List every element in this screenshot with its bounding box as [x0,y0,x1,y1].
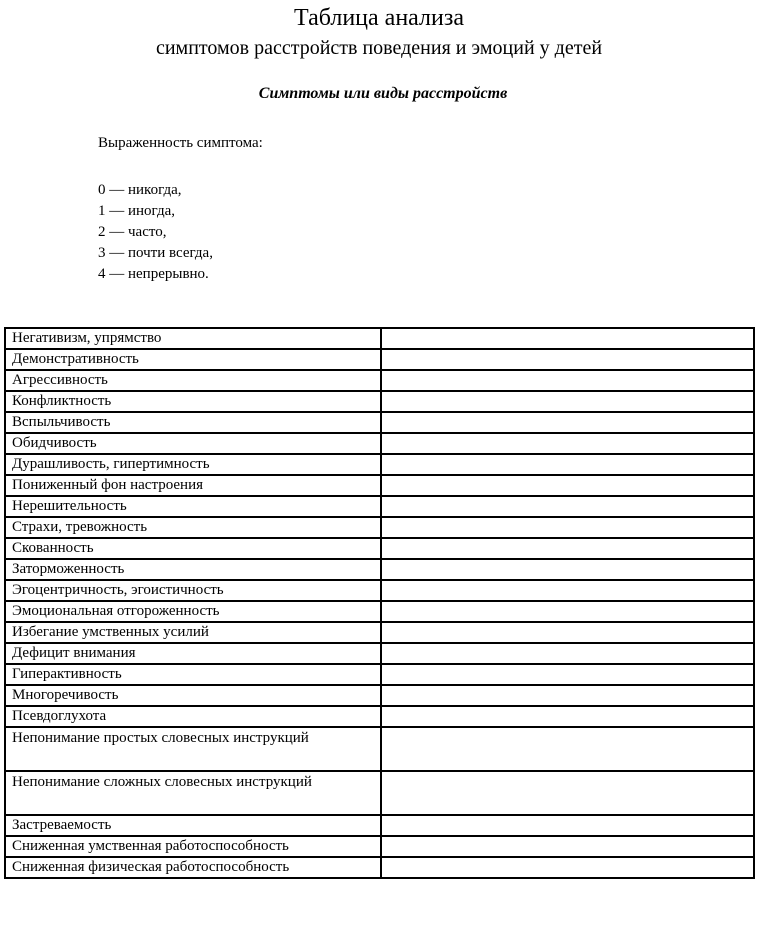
table-row: Обидчивость [5,433,754,454]
symptom-score-cell[interactable] [381,857,754,878]
symptom-score-cell[interactable] [381,664,754,685]
symptom-score-cell[interactable] [381,433,754,454]
symptom-name-cell: Нерешительность [5,496,381,517]
table-row: Пониженный фон настроения [5,475,754,496]
symptom-name-cell: Непонимание простых словесных инструкций [5,727,381,771]
document-subtitle: симптомов расстройств поведения и эмоций… [0,36,758,60]
symptom-name-cell: Эгоцентричность, эгоистичность [5,580,381,601]
scale-level: 2 — часто, [98,222,213,243]
symptom-name-cell: Конфликтность [5,391,381,412]
table-row: Скованность [5,538,754,559]
section-label: Симптомы или виды расстройств [0,84,758,104]
symptom-name-cell: Агрессивность [5,370,381,391]
symptom-score-cell[interactable] [381,328,754,349]
table-row: Сниженная физическая работоспособность [5,857,754,878]
scale-level: 4 — непрерывно. [98,264,213,285]
symptom-score-cell[interactable] [381,370,754,391]
symptom-score-cell[interactable] [381,475,754,496]
table-row: Нерешительность [5,496,754,517]
symptom-score-cell[interactable] [381,412,754,433]
table-row: Сниженная умственная работоспособность [5,836,754,857]
table-row: Демонстративность [5,349,754,370]
table-row: Избегание умственных усилий [5,622,754,643]
symptom-name-cell: Гиперактивность [5,664,381,685]
symptom-name-cell: Вспыльчивость [5,412,381,433]
symptom-score-cell[interactable] [381,643,754,664]
scale-level: 0 — никогда, [98,180,213,201]
symptom-score-cell[interactable] [381,454,754,475]
symptom-name-cell: Пониженный фон настроения [5,475,381,496]
document-title: Таблица анализа [0,4,758,32]
table-row: Псевдоглухота [5,706,754,727]
scale-level: 1 — иногда, [98,201,213,222]
symptom-name-cell: Непонимание сложных словесных инструкций [5,771,381,815]
symptom-score-cell[interactable] [381,771,754,815]
table-row: Дефицит внимания [5,643,754,664]
symptom-name-cell: Негативизм, упрямство [5,328,381,349]
table-row: Гиперактивность [5,664,754,685]
symptom-name-cell: Демонстративность [5,349,381,370]
symptoms-table: Негативизм, упрямствоДемонстративностьАг… [4,327,755,879]
symptom-score-cell[interactable] [381,727,754,771]
table-row: Эгоцентричность, эгоистичность [5,580,754,601]
scale-legend: 0 — никогда, 1 — иногда, 2 — часто, 3 — … [98,180,213,285]
table-row: Негативизм, упрямство [5,328,754,349]
symptom-score-cell[interactable] [381,815,754,836]
symptom-score-cell[interactable] [381,706,754,727]
table-row: Непонимание простых словесных инструкций [5,727,754,771]
scale-heading: Выраженность симптома: [98,134,263,152]
symptom-score-cell[interactable] [381,349,754,370]
symptom-name-cell: Сниженная физическая работоспособность [5,857,381,878]
symptom-score-cell[interactable] [381,685,754,706]
symptom-name-cell: Сниженная умственная работоспособность [5,836,381,857]
symptom-score-cell[interactable] [381,538,754,559]
symptom-name-cell: Избегание умственных усилий [5,622,381,643]
symptom-name-cell: Страхи, тревожность [5,517,381,538]
symptom-name-cell: Обидчивость [5,433,381,454]
table-row: Конфликтность [5,391,754,412]
table-row: Заторможенность [5,559,754,580]
table-row: Многоречивость [5,685,754,706]
symptom-name-cell: Дурашливость, гипертимность [5,454,381,475]
table-row: Эмоциональная отгороженность [5,601,754,622]
table-row: Страхи, тревожность [5,517,754,538]
symptom-score-cell[interactable] [381,601,754,622]
symptom-score-cell[interactable] [381,559,754,580]
scale-level: 3 — почти всегда, [98,243,213,264]
symptom-score-cell[interactable] [381,836,754,857]
symptom-score-cell[interactable] [381,517,754,538]
symptom-name-cell: Эмоциональная отгороженность [5,601,381,622]
table-row: Агрессивность [5,370,754,391]
table-row: Дурашливость, гипертимность [5,454,754,475]
table-row: Непонимание сложных словесных инструкций [5,771,754,815]
symptom-score-cell[interactable] [381,391,754,412]
symptom-name-cell: Застреваемость [5,815,381,836]
symptom-score-cell[interactable] [381,580,754,601]
symptom-name-cell: Дефицит внимания [5,643,381,664]
table-row: Вспыльчивость [5,412,754,433]
symptom-name-cell: Псевдоглухота [5,706,381,727]
symptom-score-cell[interactable] [381,496,754,517]
table-row: Застреваемость [5,815,754,836]
symptom-name-cell: Скованность [5,538,381,559]
symptom-name-cell: Заторможенность [5,559,381,580]
symptom-name-cell: Многоречивость [5,685,381,706]
symptom-score-cell[interactable] [381,622,754,643]
